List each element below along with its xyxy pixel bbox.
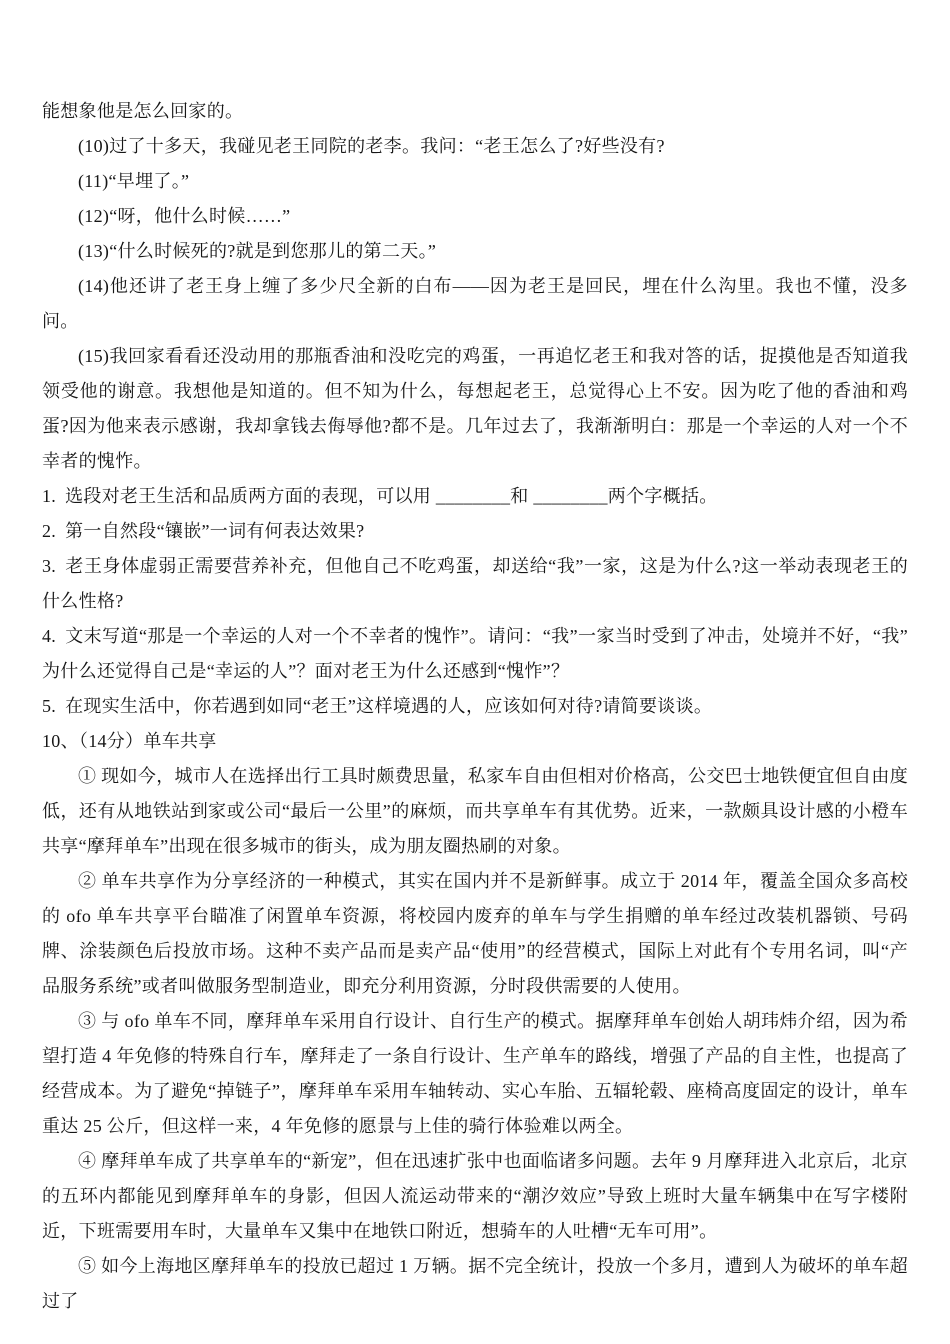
- question-3: 3.老王身体虚弱正需要营养补充，但他自己不吃鸡蛋，却送给“我”一家，这是为什么?…: [42, 549, 908, 619]
- question-2-number: 2.: [42, 521, 65, 541]
- question-1-text: 选段对老王生活和品质两方面的表现，可以用 ________和 ________两…: [65, 486, 718, 506]
- questions-laowang: 1.选段对老王生活和品质两方面的表现，可以用 ________和 _______…: [42, 479, 908, 724]
- bike-paragraph-1: ① 现如今，城市人在选择出行工具时颇费思量，私家车自由但相对价格高，公交巴士地铁…: [42, 759, 908, 864]
- question-5: 5.在现实生活中，你若遇到如同“老王”这样境遇的人，应该如何对待?请简要谈谈。: [42, 689, 908, 724]
- passage-laowang: 能想象他是怎么回家的。 (10)过了十多天，我碰见老王同院的老李。我问：“老王怎…: [42, 94, 908, 479]
- bike-paragraph-3: ③ 与 ofo 单车不同，摩拜单车采用自行设计、自行生产的模式。据摩拜单车创始人…: [42, 1004, 908, 1144]
- question-4-number: 4.: [42, 626, 65, 646]
- passage-line-12: (12)“呀，他什么时候……”: [42, 199, 908, 234]
- question-3-number: 3.: [42, 556, 65, 576]
- question-4-text: 文末写道“那是一个幸运的人对一个不幸者的愧怍”。请问：“我”一家当时受到了冲击，…: [42, 626, 908, 681]
- question-5-number: 5.: [42, 696, 65, 716]
- bike-paragraph-4: ④ 摩拜单车成了共享单车的“新宠”，但在迅速扩张中也面临诸多问题。去年 9 月摩…: [42, 1144, 908, 1249]
- passage-continuation-line: 能想象他是怎么回家的。: [42, 94, 908, 129]
- exam-document-page: 能想象他是怎么回家的。 (10)过了十多天，我碰见老王同院的老李。我问：“老王怎…: [0, 0, 950, 1344]
- passage-line-15: (15)我回家看看还没动用的那瓶香油和没吃完的鸡蛋，一再追忆老王和我对答的话，捉…: [42, 339, 908, 479]
- bike-paragraph-2: ② 单车共享作为分享经济的一种模式，其实在国内并不是新鲜事。成立于 2014 年…: [42, 864, 908, 1004]
- passage-line-14: (14)他还讲了老王身上缠了多少尺全新的白布——因为老王是回民，埋在什么沟里。我…: [42, 269, 908, 339]
- bike-section-heading: 10、（14分）单车共享: [42, 724, 908, 759]
- bike-paragraph-5: ⑤ 如今上海地区摩拜单车的投放已超过 1 万辆。据不完全统计，投放一个多月，遭到…: [42, 1249, 908, 1319]
- passage-line-13: (13)“什么时候死的?就是到您那儿的第二天。”: [42, 234, 908, 269]
- passage-line-10: (10)过了十多天，我碰见老王同院的老李。我问：“老王怎么了?好些没有?: [42, 129, 908, 164]
- question-3-text: 老王身体虚弱正需要营养补充，但他自己不吃鸡蛋，却送给“我”一家，这是为什么?这一…: [42, 556, 908, 611]
- question-5-text: 在现实生活中，你若遇到如同“老王”这样境遇的人，应该如何对待?请简要谈谈。: [65, 696, 712, 716]
- question-2-text: 第一自然段“镶嵌”一词有何表达效果?: [65, 521, 364, 541]
- passage-line-11: (11)“早埋了。”: [42, 164, 908, 199]
- question-4: 4.文末写道“那是一个幸运的人对一个不幸者的愧怍”。请问：“我”一家当时受到了冲…: [42, 619, 908, 689]
- question-1: 1.选段对老王生活和品质两方面的表现，可以用 ________和 _______…: [42, 479, 908, 514]
- question-1-number: 1.: [42, 486, 65, 506]
- question-2: 2.第一自然段“镶嵌”一词有何表达效果?: [42, 514, 908, 549]
- section-bike-sharing: 10、（14分）单车共享 ① 现如今，城市人在选择出行工具时颇费思量，私家车自由…: [42, 724, 908, 1319]
